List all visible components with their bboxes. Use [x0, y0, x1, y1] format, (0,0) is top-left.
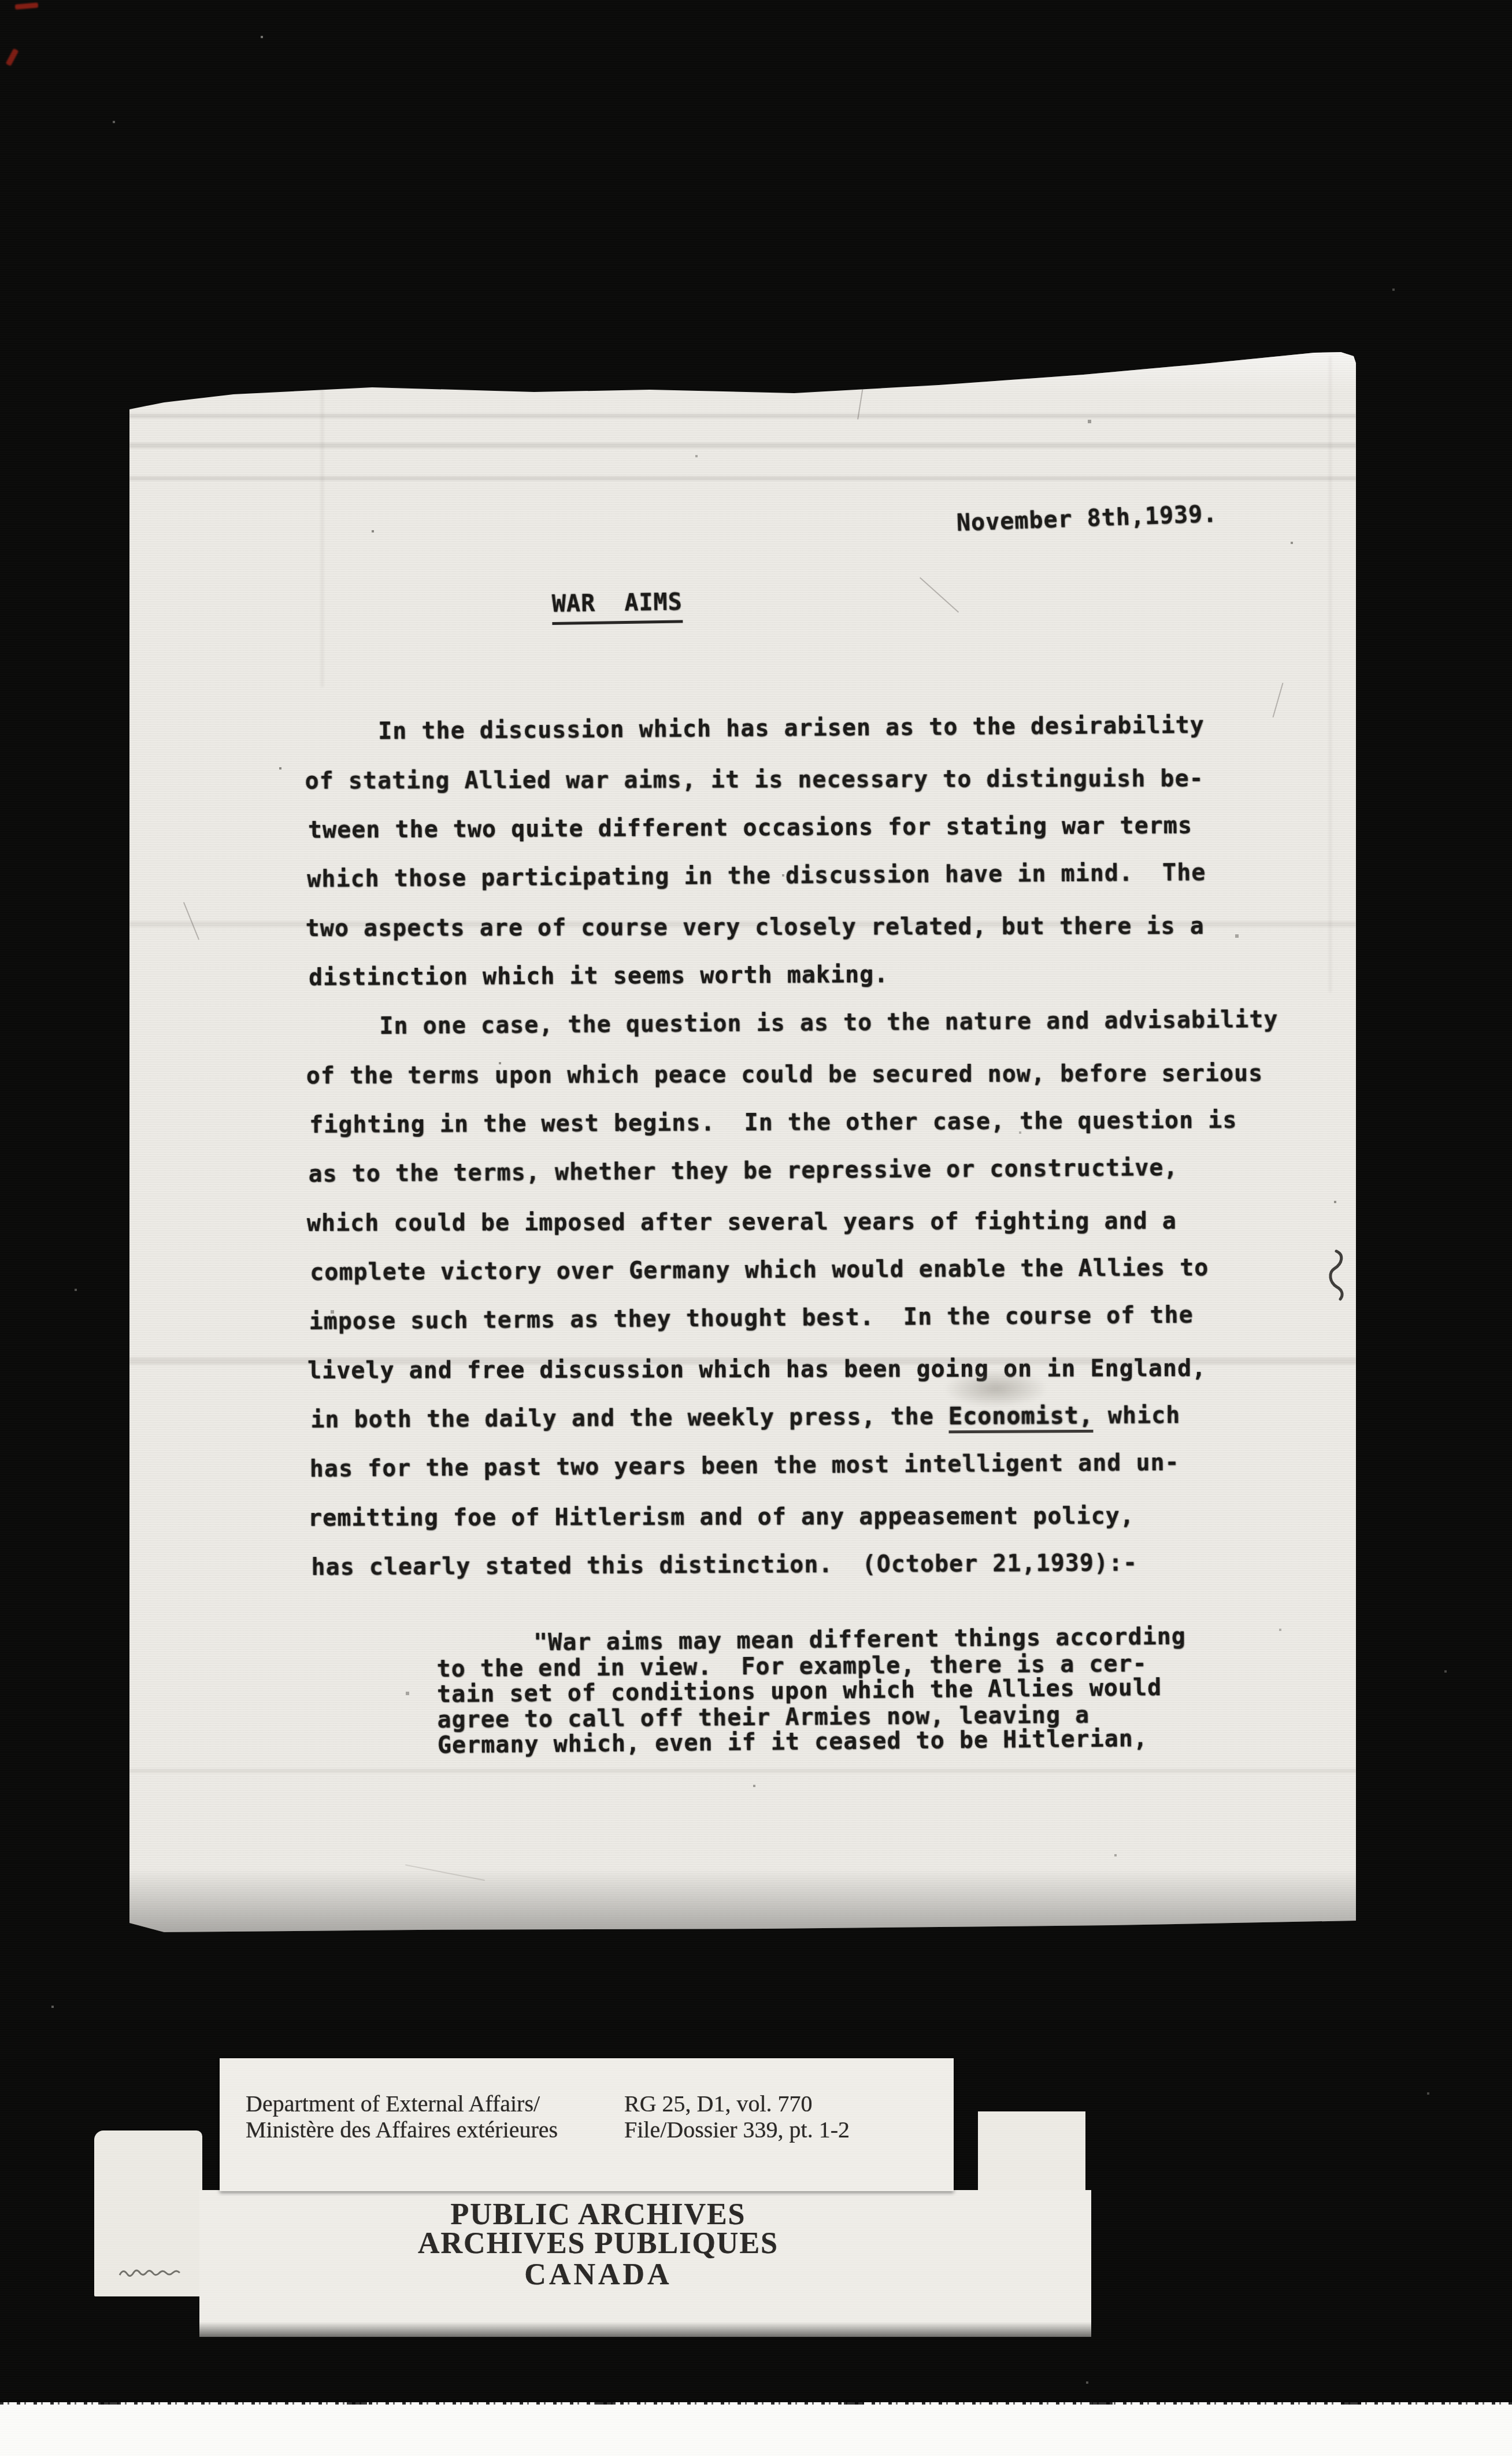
provenance-dept-en: Department of External Affairs/: [246, 2091, 624, 2117]
scratch-mark: [183, 902, 199, 940]
body-line: In one case, the question is as to the n…: [307, 995, 1314, 1052]
body-line: complete victory over Germany which woul…: [310, 1243, 1315, 1297]
body-line: which could be imposed after several yea…: [307, 1196, 1313, 1248]
page-crease: [1329, 356, 1331, 992]
public-archives-card: PUBLIC ARCHIVES ARCHIVES PUBLIQUES CANAD…: [199, 2190, 1091, 2337]
stamp-tab-left: [94, 2130, 202, 2296]
body-line: which those participating in the discuss…: [307, 848, 1313, 904]
scan-streak: [129, 414, 1356, 418]
body-line: fighting in the west begins. In the othe…: [309, 1096, 1315, 1150]
scan-streak: [129, 1769, 1356, 1773]
provenance-file: File/Dossier 339, pt. 1-2: [624, 2117, 954, 2143]
provenance-dept-fr: Ministère des Affaires extérieures: [246, 2117, 624, 2143]
memo-date: November 8th,1939.: [956, 500, 1218, 537]
economist-before: in both the daily and the weekly press, …: [310, 1403, 948, 1433]
pen-squiggle-mark: [1324, 1249, 1349, 1304]
archives-line-en: PUBLIC ARCHIVES: [199, 2200, 997, 2229]
body-line: In the discussion which has arisen as to…: [306, 700, 1313, 757]
scribble-mark-icon: [116, 2265, 191, 2283]
scratch-mark: [405, 1865, 485, 1881]
scratch-mark: [857, 369, 866, 419]
memo-body: In the discussion which has arisen as to…: [306, 703, 1316, 1592]
economist-underlined-word: Economist,: [948, 1403, 1094, 1433]
body-line: tween the two quite different occasions …: [308, 801, 1314, 855]
microfilm-frame: November 8th,1939. WAR AIMS In the discu…: [0, 0, 1512, 2456]
archives-line-canada: CANADA: [199, 2261, 997, 2289]
memo-title: WAR AIMS: [552, 588, 683, 625]
scratch-mark: [920, 577, 959, 613]
body-line: impose such terms as they thought best. …: [309, 1290, 1315, 1347]
economist-after: which: [1094, 1402, 1181, 1429]
scan-streak: [129, 443, 1356, 448]
body-line: of the terms upon which peace could be s…: [306, 1049, 1312, 1101]
provenance-rg: RG 25, D1, vol. 770: [624, 2091, 954, 2117]
body-line: remitting foe of Hitlerism and of any ap…: [308, 1491, 1314, 1543]
body-line: distinction which it seems worth making.: [309, 948, 1314, 1003]
provenance-text: Department of External Affairs/ RG 25, D…: [220, 2058, 954, 2143]
body-line: lively and free discussion which has bee…: [307, 1344, 1313, 1396]
body-line: has clearly stated this distinction. (Oc…: [311, 1538, 1317, 1592]
film-red-mark: [15, 2, 39, 9]
body-line: of stating Allied war aims, it is necess…: [305, 754, 1310, 806]
film-bottom-white-band: [0, 2402, 1512, 2456]
film-dust-specks: [0, 0, 1, 1]
body-line: two aspects are of course very closely r…: [306, 901, 1311, 953]
scan-streak: [129, 476, 1356, 480]
public-archives-text: PUBLIC ARCHIVES ARCHIVES PUBLIQUES CANAD…: [199, 2190, 997, 2289]
document-page: November 8th,1939. WAR AIMS In the discu…: [129, 352, 1356, 1932]
provenance-label-card: Department of External Affairs/ RG 25, D…: [220, 2058, 954, 2191]
body-line: as to the terms, whether they be repress…: [308, 1142, 1314, 1199]
body-line-economist: in both the daily and the weekly press, …: [310, 1390, 1316, 1445]
archives-line-fr: ARCHIVES PUBLIQUES: [199, 2229, 997, 2258]
body-line: has for the past two years been the most…: [309, 1437, 1315, 1494]
page-crease: [321, 375, 323, 687]
memo-quote: "War aims may mean different things acco…: [436, 1623, 1305, 1758]
page-dust-specks: [129, 352, 131, 353]
film-red-mark: [6, 48, 19, 66]
